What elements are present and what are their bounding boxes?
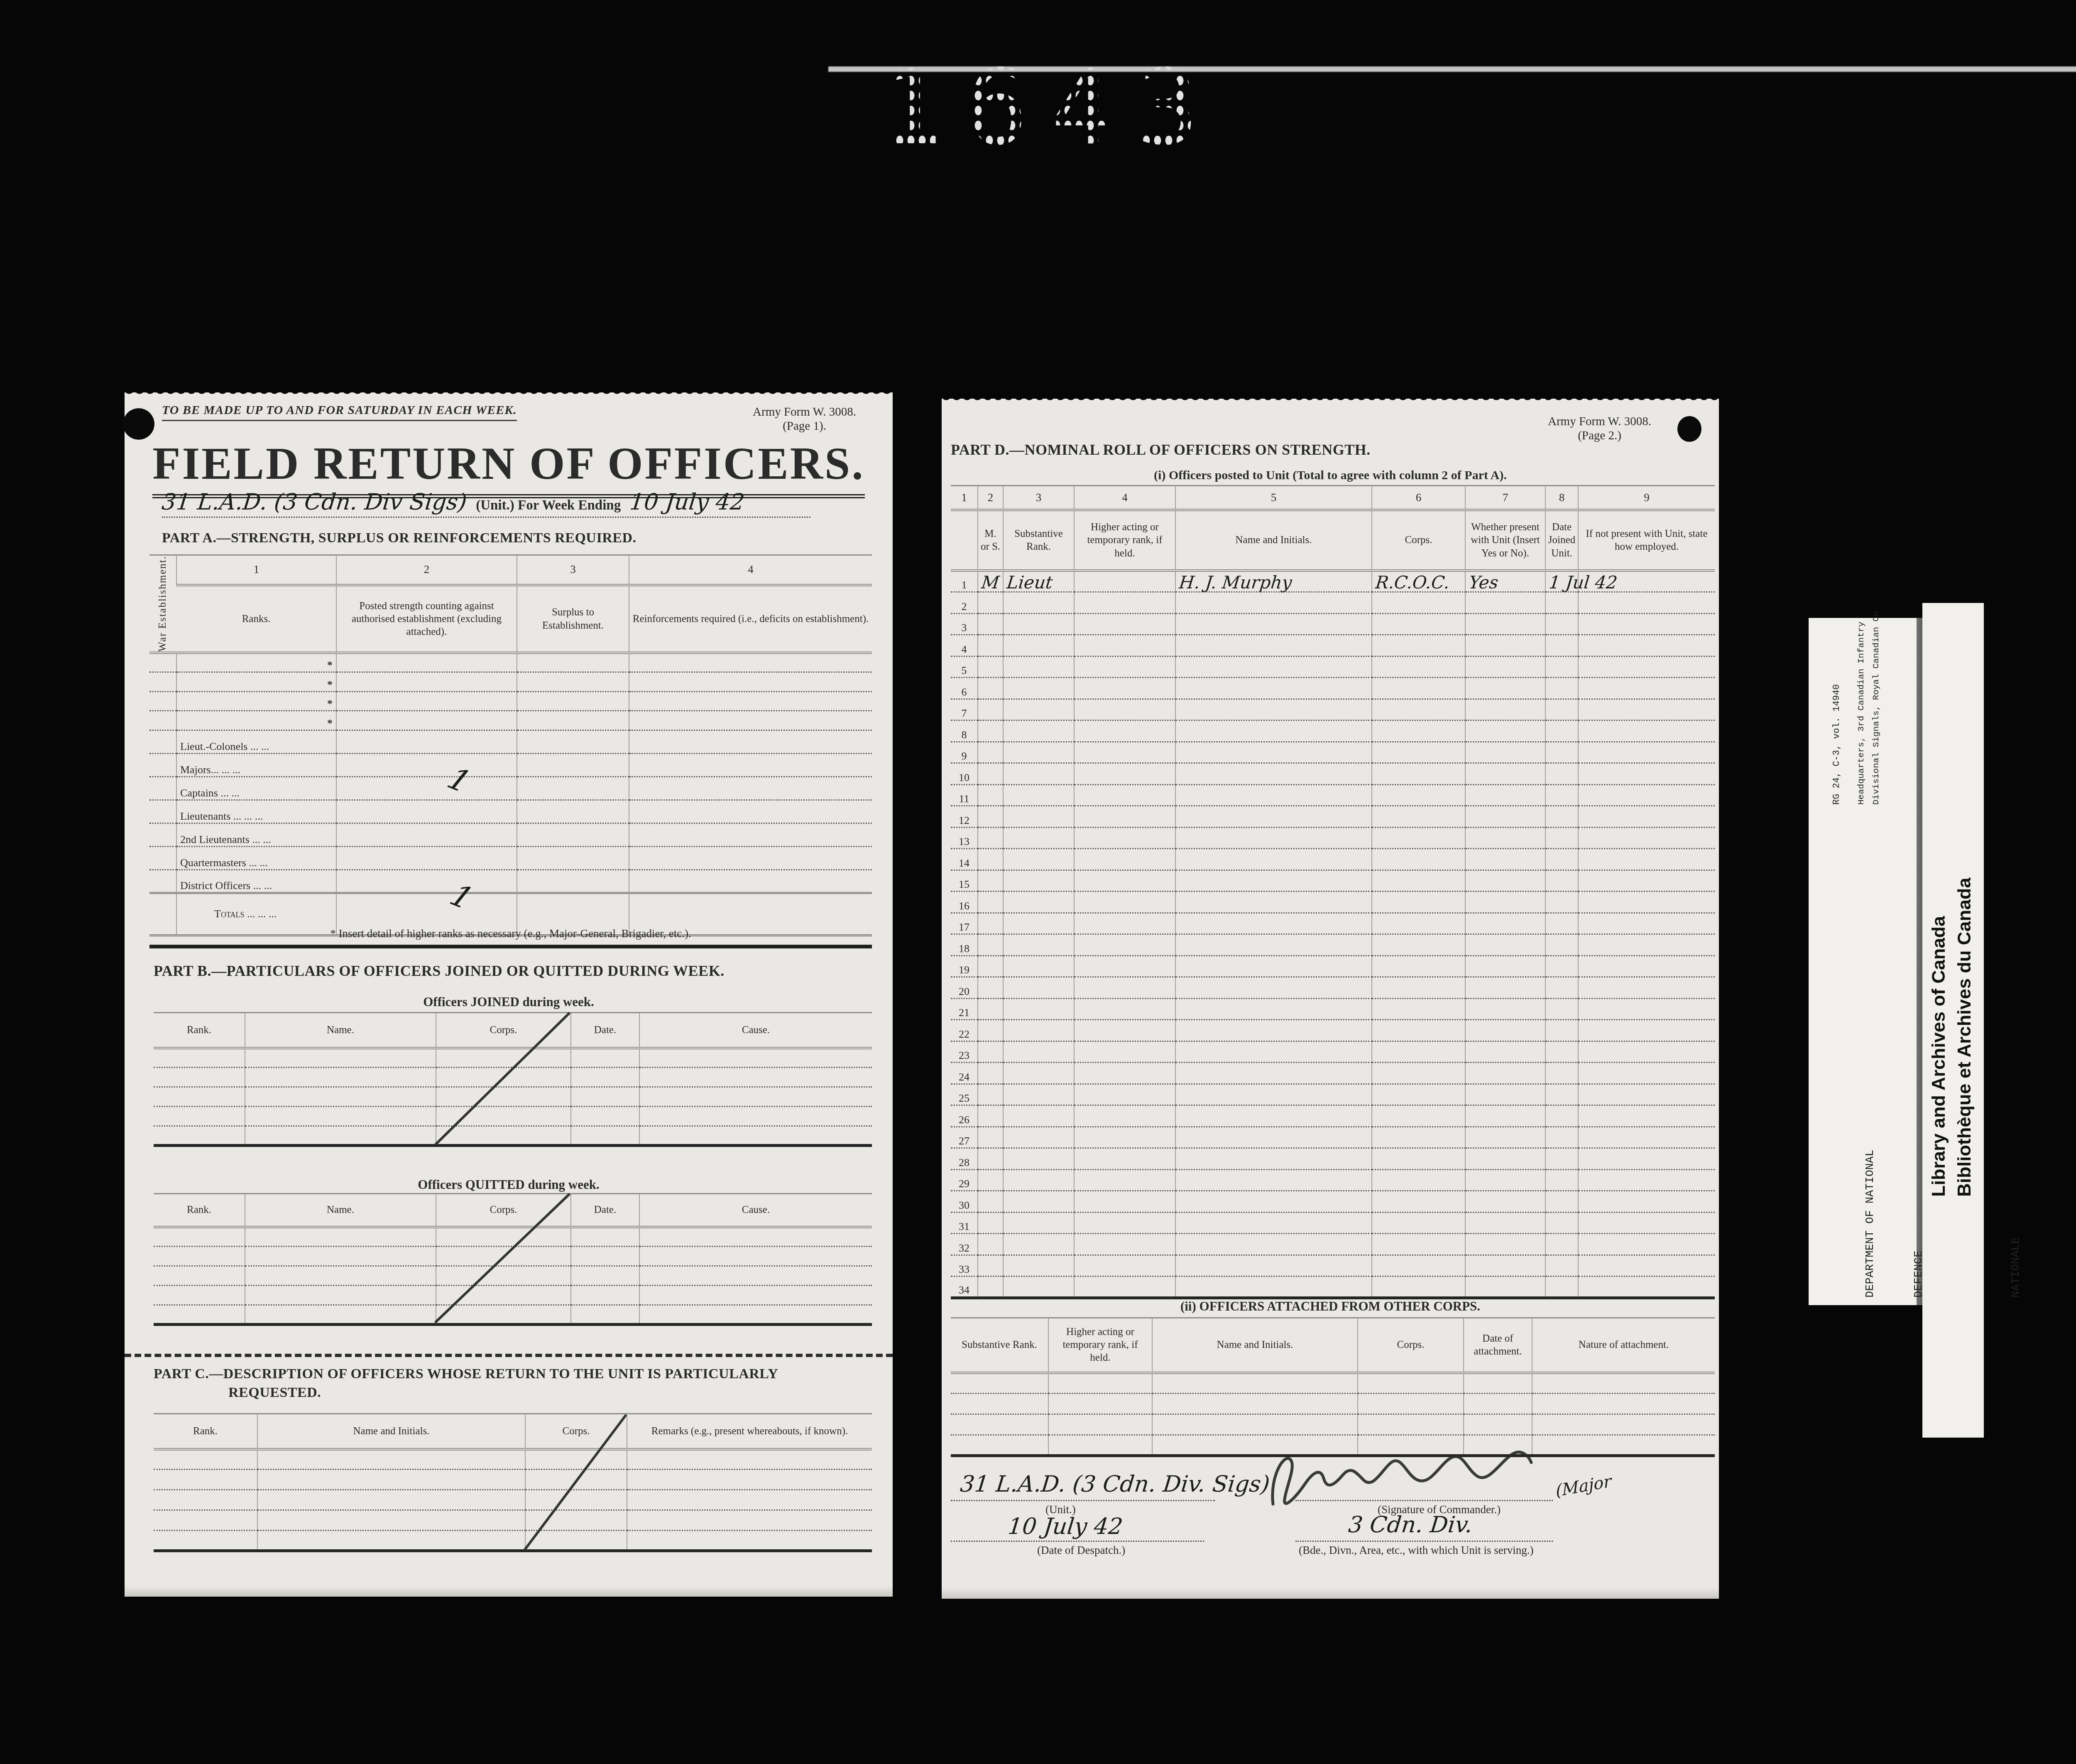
column-header: Higher acting or temporary rank, if held… bbox=[1048, 1318, 1152, 1373]
cell bbox=[1372, 592, 1465, 614]
cell bbox=[1074, 892, 1175, 913]
cell bbox=[1074, 1084, 1175, 1105]
cell bbox=[245, 1107, 436, 1126]
cell bbox=[517, 653, 629, 672]
cell bbox=[1545, 742, 1578, 763]
cell bbox=[978, 592, 1003, 614]
war-establishment-cell bbox=[149, 711, 176, 730]
cell bbox=[1074, 1105, 1175, 1127]
row-number: 12 bbox=[951, 806, 978, 828]
header-row: Rank. Name and Initials. Corps. Remarks … bbox=[154, 1414, 872, 1449]
cell bbox=[245, 1068, 436, 1087]
cell bbox=[1545, 849, 1578, 870]
cell bbox=[336, 711, 517, 730]
cell bbox=[1465, 955, 1545, 977]
row-number: 20 bbox=[951, 977, 978, 999]
cell bbox=[1175, 1234, 1372, 1255]
cell bbox=[978, 1191, 1003, 1213]
col-number: 2 bbox=[978, 486, 1003, 510]
cell bbox=[1175, 784, 1372, 806]
cell bbox=[1578, 1041, 1715, 1063]
war-establishment-cell bbox=[149, 753, 176, 777]
cell bbox=[1175, 1084, 1372, 1105]
cut-here-divider bbox=[125, 1354, 893, 1357]
cell bbox=[154, 1305, 245, 1325]
table-row: 32 bbox=[951, 1234, 1715, 1255]
cell bbox=[336, 800, 517, 823]
column-header: Name. bbox=[245, 1194, 436, 1227]
column-header: Rank. bbox=[154, 1414, 257, 1449]
cell bbox=[436, 1068, 571, 1087]
cell bbox=[1152, 1414, 1358, 1435]
table-row bbox=[154, 1068, 872, 1087]
cell bbox=[1175, 827, 1372, 849]
column-header: Remarks (e.g., present whereabouts, if k… bbox=[627, 1414, 872, 1449]
column-header: Date Joined Unit. bbox=[1545, 510, 1578, 571]
cell bbox=[1003, 1169, 1074, 1191]
table-row: 25 bbox=[951, 1084, 1715, 1105]
officers-posted-subtitle: (i) Officers posted to Unit (Total to ag… bbox=[1154, 468, 1507, 482]
header-row: Ranks. Posted strength counting against … bbox=[149, 585, 872, 653]
table-row: 27 bbox=[951, 1127, 1715, 1148]
table-row: 28 bbox=[951, 1148, 1715, 1170]
cell bbox=[1372, 934, 1465, 956]
cell bbox=[245, 1247, 436, 1266]
table-row: 7 bbox=[951, 699, 1715, 720]
cell bbox=[1372, 1105, 1465, 1127]
cell bbox=[1074, 678, 1175, 699]
cell bbox=[1545, 892, 1578, 913]
cell bbox=[154, 1107, 245, 1126]
table-row: 24 bbox=[951, 1063, 1715, 1084]
column-header: Higher acting or temporary rank, if held… bbox=[1074, 510, 1175, 571]
cell bbox=[1175, 1105, 1372, 1127]
cell bbox=[1578, 827, 1715, 849]
cell bbox=[154, 1048, 245, 1068]
lac-wordmark: Library and Archives of Canada Bibliothè… bbox=[1926, 878, 1977, 1197]
column-header: Name and Initials. bbox=[1175, 510, 1372, 571]
column-header: Name. bbox=[245, 1013, 436, 1048]
cell bbox=[336, 846, 517, 870]
cell bbox=[978, 1169, 1003, 1191]
column-header: Date. bbox=[571, 1013, 639, 1048]
cell bbox=[1372, 742, 1465, 763]
cell bbox=[1545, 1084, 1578, 1105]
signature-line bbox=[951, 1473, 1215, 1501]
cell bbox=[951, 1435, 1048, 1456]
cell bbox=[1578, 892, 1715, 913]
cell bbox=[436, 1126, 571, 1146]
cell bbox=[571, 1266, 639, 1286]
cell bbox=[571, 1087, 639, 1107]
cell bbox=[1003, 1084, 1074, 1105]
cell bbox=[1175, 806, 1372, 828]
cell bbox=[1074, 870, 1175, 892]
table-row: 2 bbox=[951, 592, 1715, 614]
table-row bbox=[154, 1107, 872, 1126]
cell bbox=[1358, 1373, 1464, 1394]
table-row bbox=[154, 1247, 872, 1266]
cell bbox=[978, 892, 1003, 913]
cell bbox=[1048, 1394, 1152, 1414]
officers-quitted-title: Officers QUITTED during week. bbox=[418, 1177, 599, 1192]
cell bbox=[1578, 1105, 1715, 1127]
cell bbox=[1372, 1191, 1465, 1213]
table-row: 6 bbox=[951, 678, 1715, 699]
cell bbox=[1465, 1212, 1545, 1234]
cell bbox=[1545, 1105, 1578, 1127]
cell bbox=[1372, 892, 1465, 913]
cell bbox=[436, 1286, 571, 1305]
cell bbox=[639, 1286, 872, 1305]
cell bbox=[336, 653, 517, 672]
cell bbox=[1465, 613, 1545, 635]
table-row: 18 bbox=[951, 934, 1715, 956]
officers-attached-subtitle: (ii) OFFICERS ATTACHED FROM OTHER CORPS. bbox=[1180, 1299, 1480, 1313]
cell bbox=[571, 1305, 639, 1325]
unit-reference-line: Headquarters, 3rd Canadian Infantry bbox=[1854, 611, 1869, 805]
cell bbox=[1465, 1276, 1545, 1298]
cell bbox=[154, 1126, 245, 1146]
rank-label: Captains ... ... bbox=[176, 777, 336, 800]
war-establishment-cell bbox=[149, 846, 176, 870]
table-row: 9 bbox=[951, 742, 1715, 763]
cell bbox=[336, 691, 517, 711]
film-splice-line bbox=[828, 66, 2076, 72]
cell bbox=[436, 1266, 571, 1286]
cell bbox=[1578, 1234, 1715, 1255]
table-row bbox=[154, 1305, 872, 1325]
cell bbox=[1465, 913, 1545, 934]
cell bbox=[1175, 870, 1372, 892]
table-row bbox=[154, 1227, 872, 1247]
cell bbox=[1465, 1063, 1545, 1084]
cell bbox=[1175, 592, 1372, 614]
cell bbox=[1578, 977, 1715, 999]
signature-line bbox=[951, 1516, 1204, 1542]
column-header: Ranks. bbox=[176, 585, 336, 653]
cell: H. J. Murphy bbox=[1175, 571, 1372, 592]
column-header: Corps. bbox=[436, 1194, 571, 1227]
cell bbox=[1175, 1127, 1372, 1148]
cell bbox=[517, 691, 629, 711]
cell bbox=[978, 806, 1003, 828]
cell bbox=[1465, 1020, 1545, 1041]
lac-line-en: Library and Archives of Canada bbox=[1926, 878, 1951, 1197]
header-row: Rank. Name. Corps. Date. Cause. bbox=[154, 1194, 872, 1227]
microfilm-scan: 1643 TO BE MADE UP TO AND FOR SATURDAY I… bbox=[0, 0, 2076, 1764]
table-row bbox=[951, 1394, 1715, 1414]
cell bbox=[1465, 1169, 1545, 1191]
punch-hole bbox=[123, 408, 154, 440]
cell bbox=[1003, 1148, 1074, 1170]
col-number: 1 bbox=[176, 555, 336, 585]
cell bbox=[1175, 1212, 1372, 1234]
cell bbox=[1465, 742, 1545, 763]
table-row: 23 bbox=[951, 1041, 1715, 1063]
cell bbox=[978, 1234, 1003, 1255]
part-a-footnote: * Insert detail of higher ranks as neces… bbox=[149, 927, 872, 940]
handwritten-entry: M bbox=[981, 575, 1000, 590]
cell bbox=[257, 1490, 525, 1510]
column-header: Corps. bbox=[436, 1013, 571, 1048]
cell bbox=[627, 1470, 872, 1490]
war-establishment-label: War Establishment. bbox=[157, 556, 169, 652]
column-header: Name and Initials. bbox=[1152, 1318, 1358, 1373]
table-row: District Officers ... ... bbox=[149, 870, 872, 893]
rank-label: Lieutenants ... ... ... bbox=[176, 800, 336, 823]
cell bbox=[1074, 592, 1175, 614]
cell bbox=[1465, 592, 1545, 614]
cell bbox=[1578, 763, 1715, 785]
cell bbox=[1465, 977, 1545, 999]
cell bbox=[1465, 870, 1545, 892]
unit-week-line: 31 L.A.D. (3 Cdn. Div Sigs) (Unit.) For … bbox=[162, 489, 810, 518]
cell bbox=[1545, 806, 1578, 828]
cell bbox=[245, 1126, 436, 1146]
table-row bbox=[154, 1087, 872, 1107]
cell bbox=[1175, 892, 1372, 913]
cell bbox=[245, 1227, 436, 1247]
cell bbox=[1465, 827, 1545, 849]
column-header: Name and Initials. bbox=[257, 1414, 525, 1449]
cell bbox=[1545, 1127, 1578, 1148]
cell bbox=[517, 846, 629, 870]
cell bbox=[525, 1531, 627, 1551]
row-number: 29 bbox=[951, 1169, 978, 1191]
cell bbox=[1074, 784, 1175, 806]
cell bbox=[1465, 720, 1545, 742]
cell bbox=[1465, 1127, 1545, 1148]
cell bbox=[336, 777, 517, 800]
cell bbox=[436, 1107, 571, 1126]
cell bbox=[1545, 1148, 1578, 1170]
cell bbox=[1175, 955, 1372, 977]
cell bbox=[1578, 870, 1715, 892]
handwritten-entry: Lieut bbox=[1006, 575, 1053, 590]
cell bbox=[257, 1449, 525, 1470]
col-number: 6 bbox=[1372, 486, 1465, 510]
row-number: 25 bbox=[951, 1084, 978, 1105]
handwritten-entry: R.C.O.C. bbox=[1375, 575, 1450, 590]
cell bbox=[1003, 955, 1074, 977]
cell bbox=[1074, 742, 1175, 763]
form-ref-number: Army Form W. 3008. bbox=[753, 405, 856, 419]
handwritten-entry: 1 Jul 42 bbox=[1548, 575, 1618, 590]
row-number: 22 bbox=[951, 1020, 978, 1041]
cell bbox=[1578, 1148, 1715, 1170]
cell bbox=[1003, 742, 1074, 763]
cell bbox=[1074, 1020, 1175, 1041]
officers-joined-title: Officers JOINED during week. bbox=[423, 995, 594, 1009]
cell bbox=[1175, 1255, 1372, 1276]
table-row bbox=[154, 1126, 872, 1146]
cell bbox=[571, 1068, 639, 1087]
cell bbox=[1545, 998, 1578, 1020]
cell bbox=[245, 1305, 436, 1325]
cell bbox=[639, 1247, 872, 1266]
cell bbox=[1074, 699, 1175, 720]
cell bbox=[1074, 955, 1175, 977]
table-row: 13 bbox=[951, 827, 1715, 849]
cell bbox=[1465, 1105, 1545, 1127]
part-d-heading: PART D.—NOMINAL ROLL OF OFFICERS ON STRE… bbox=[951, 441, 1371, 458]
cell bbox=[978, 1127, 1003, 1148]
table-row: 10 bbox=[951, 763, 1715, 785]
cell bbox=[436, 1087, 571, 1107]
col-number: 9 bbox=[1578, 486, 1715, 510]
cell bbox=[639, 1107, 872, 1126]
column-header: Corps. bbox=[525, 1414, 627, 1449]
cell bbox=[629, 823, 872, 846]
cell bbox=[1074, 720, 1175, 742]
column-number-row: 1 2 3 4 5 6 7 8 9 bbox=[951, 486, 1715, 510]
form-page-2: Army Form W. 3008. (Page 2.) PART D.—NOM… bbox=[942, 399, 1719, 1599]
cell bbox=[1545, 870, 1578, 892]
cell bbox=[1003, 1063, 1074, 1084]
cell bbox=[1048, 1435, 1152, 1456]
cell bbox=[1465, 1255, 1545, 1276]
cell bbox=[517, 823, 629, 846]
form-reference: Army Form W. 3008. (Page 2.) bbox=[1548, 414, 1651, 443]
cell bbox=[1003, 656, 1074, 678]
cell bbox=[639, 1305, 872, 1325]
cell bbox=[1578, 635, 1715, 657]
asterisk-cell: * bbox=[176, 711, 336, 730]
war-establishment-cell bbox=[149, 870, 176, 893]
part-a-heading: PART A.—STRENGTH, SURPLUS OR REINFORCEME… bbox=[162, 530, 636, 546]
cell bbox=[1003, 1191, 1074, 1213]
cell bbox=[517, 870, 629, 893]
cell bbox=[1003, 892, 1074, 913]
war-establishment-cell bbox=[149, 800, 176, 823]
cell bbox=[1465, 763, 1545, 785]
row-number: 14 bbox=[951, 849, 978, 870]
cell bbox=[154, 1286, 245, 1305]
table-row bbox=[951, 1414, 1715, 1435]
asterisk-cell: * bbox=[176, 672, 336, 692]
cell bbox=[1074, 763, 1175, 785]
column-header: M. or S. bbox=[978, 510, 1003, 571]
column-header: Surplus to Establishment. bbox=[517, 585, 629, 653]
cell bbox=[1074, 1255, 1175, 1276]
lac-label-card: Library and Archives of Canada Bibliothè… bbox=[1922, 603, 1984, 1438]
cell bbox=[1465, 656, 1545, 678]
cell bbox=[1372, 699, 1465, 720]
attached-officers-table: Substantive Rank. Higher acting or tempo… bbox=[951, 1317, 1715, 1457]
cell bbox=[1175, 913, 1372, 934]
cell bbox=[629, 730, 872, 753]
cell bbox=[1074, 1212, 1175, 1234]
cell bbox=[1175, 1169, 1372, 1191]
cell bbox=[1175, 613, 1372, 635]
cell bbox=[1578, 1255, 1715, 1276]
cell bbox=[1003, 763, 1074, 785]
signature-line bbox=[1295, 1516, 1553, 1542]
cell bbox=[1465, 635, 1545, 657]
cell bbox=[639, 1087, 872, 1107]
cell bbox=[1372, 656, 1465, 678]
cell bbox=[639, 1068, 872, 1087]
cell bbox=[336, 870, 517, 893]
cell bbox=[1358, 1414, 1464, 1435]
cell bbox=[978, 934, 1003, 956]
cell bbox=[1074, 806, 1175, 828]
cell bbox=[1358, 1394, 1464, 1414]
cell bbox=[627, 1531, 872, 1551]
cell bbox=[1465, 1148, 1545, 1170]
cell bbox=[978, 742, 1003, 763]
cell bbox=[1372, 720, 1465, 742]
cell bbox=[629, 711, 872, 730]
cell bbox=[1372, 1276, 1465, 1298]
frame-number: 1643 bbox=[880, 58, 1222, 162]
table-row: * bbox=[149, 691, 872, 711]
cell bbox=[639, 1227, 872, 1247]
col-number: 1 bbox=[951, 486, 978, 510]
cell bbox=[978, 1020, 1003, 1041]
cell bbox=[517, 730, 629, 753]
cell bbox=[978, 1063, 1003, 1084]
serving-label: (Bde., Divn., Area, etc., with which Uni… bbox=[1299, 1544, 1533, 1557]
cell bbox=[1003, 977, 1074, 999]
cell bbox=[1545, 827, 1578, 849]
unit-label: (Unit.) For Week Ending bbox=[476, 498, 621, 513]
cell bbox=[1372, 913, 1465, 934]
cell bbox=[629, 846, 872, 870]
cell bbox=[1372, 1020, 1465, 1041]
cell bbox=[525, 1470, 627, 1490]
cell bbox=[257, 1510, 525, 1531]
cell bbox=[1372, 1169, 1465, 1191]
cell bbox=[1545, 656, 1578, 678]
cell bbox=[1578, 699, 1715, 720]
cell bbox=[1465, 1041, 1545, 1063]
cell bbox=[978, 913, 1003, 934]
war-establishment-cell bbox=[149, 730, 176, 753]
cell bbox=[1545, 1234, 1578, 1255]
cell bbox=[517, 777, 629, 800]
cell bbox=[1003, 678, 1074, 699]
cell bbox=[629, 753, 872, 777]
cell bbox=[627, 1490, 872, 1510]
row-number: 34 bbox=[951, 1276, 978, 1298]
cell bbox=[1003, 720, 1074, 742]
table-row: Quartermasters ... ... bbox=[149, 846, 872, 870]
rule bbox=[149, 945, 872, 948]
cell bbox=[1465, 849, 1545, 870]
cell bbox=[978, 1105, 1003, 1127]
cell bbox=[1464, 1394, 1532, 1414]
table-row bbox=[154, 1266, 872, 1286]
cell bbox=[257, 1531, 525, 1551]
cell bbox=[1464, 1414, 1532, 1435]
cell bbox=[525, 1449, 627, 1470]
table-row: 22 bbox=[951, 1020, 1715, 1041]
col-number: 4 bbox=[629, 555, 872, 585]
row-number: 28 bbox=[951, 1148, 978, 1170]
column-header: Nature of attachment. bbox=[1532, 1318, 1715, 1373]
cell bbox=[525, 1510, 627, 1531]
row-number: 1 bbox=[951, 571, 978, 592]
cell bbox=[1003, 1276, 1074, 1298]
table-row bbox=[154, 1490, 872, 1510]
cell bbox=[1578, 1063, 1715, 1084]
table-row: 21 bbox=[951, 998, 1715, 1020]
cell bbox=[1074, 849, 1175, 870]
cell bbox=[1545, 678, 1578, 699]
cell bbox=[978, 955, 1003, 977]
